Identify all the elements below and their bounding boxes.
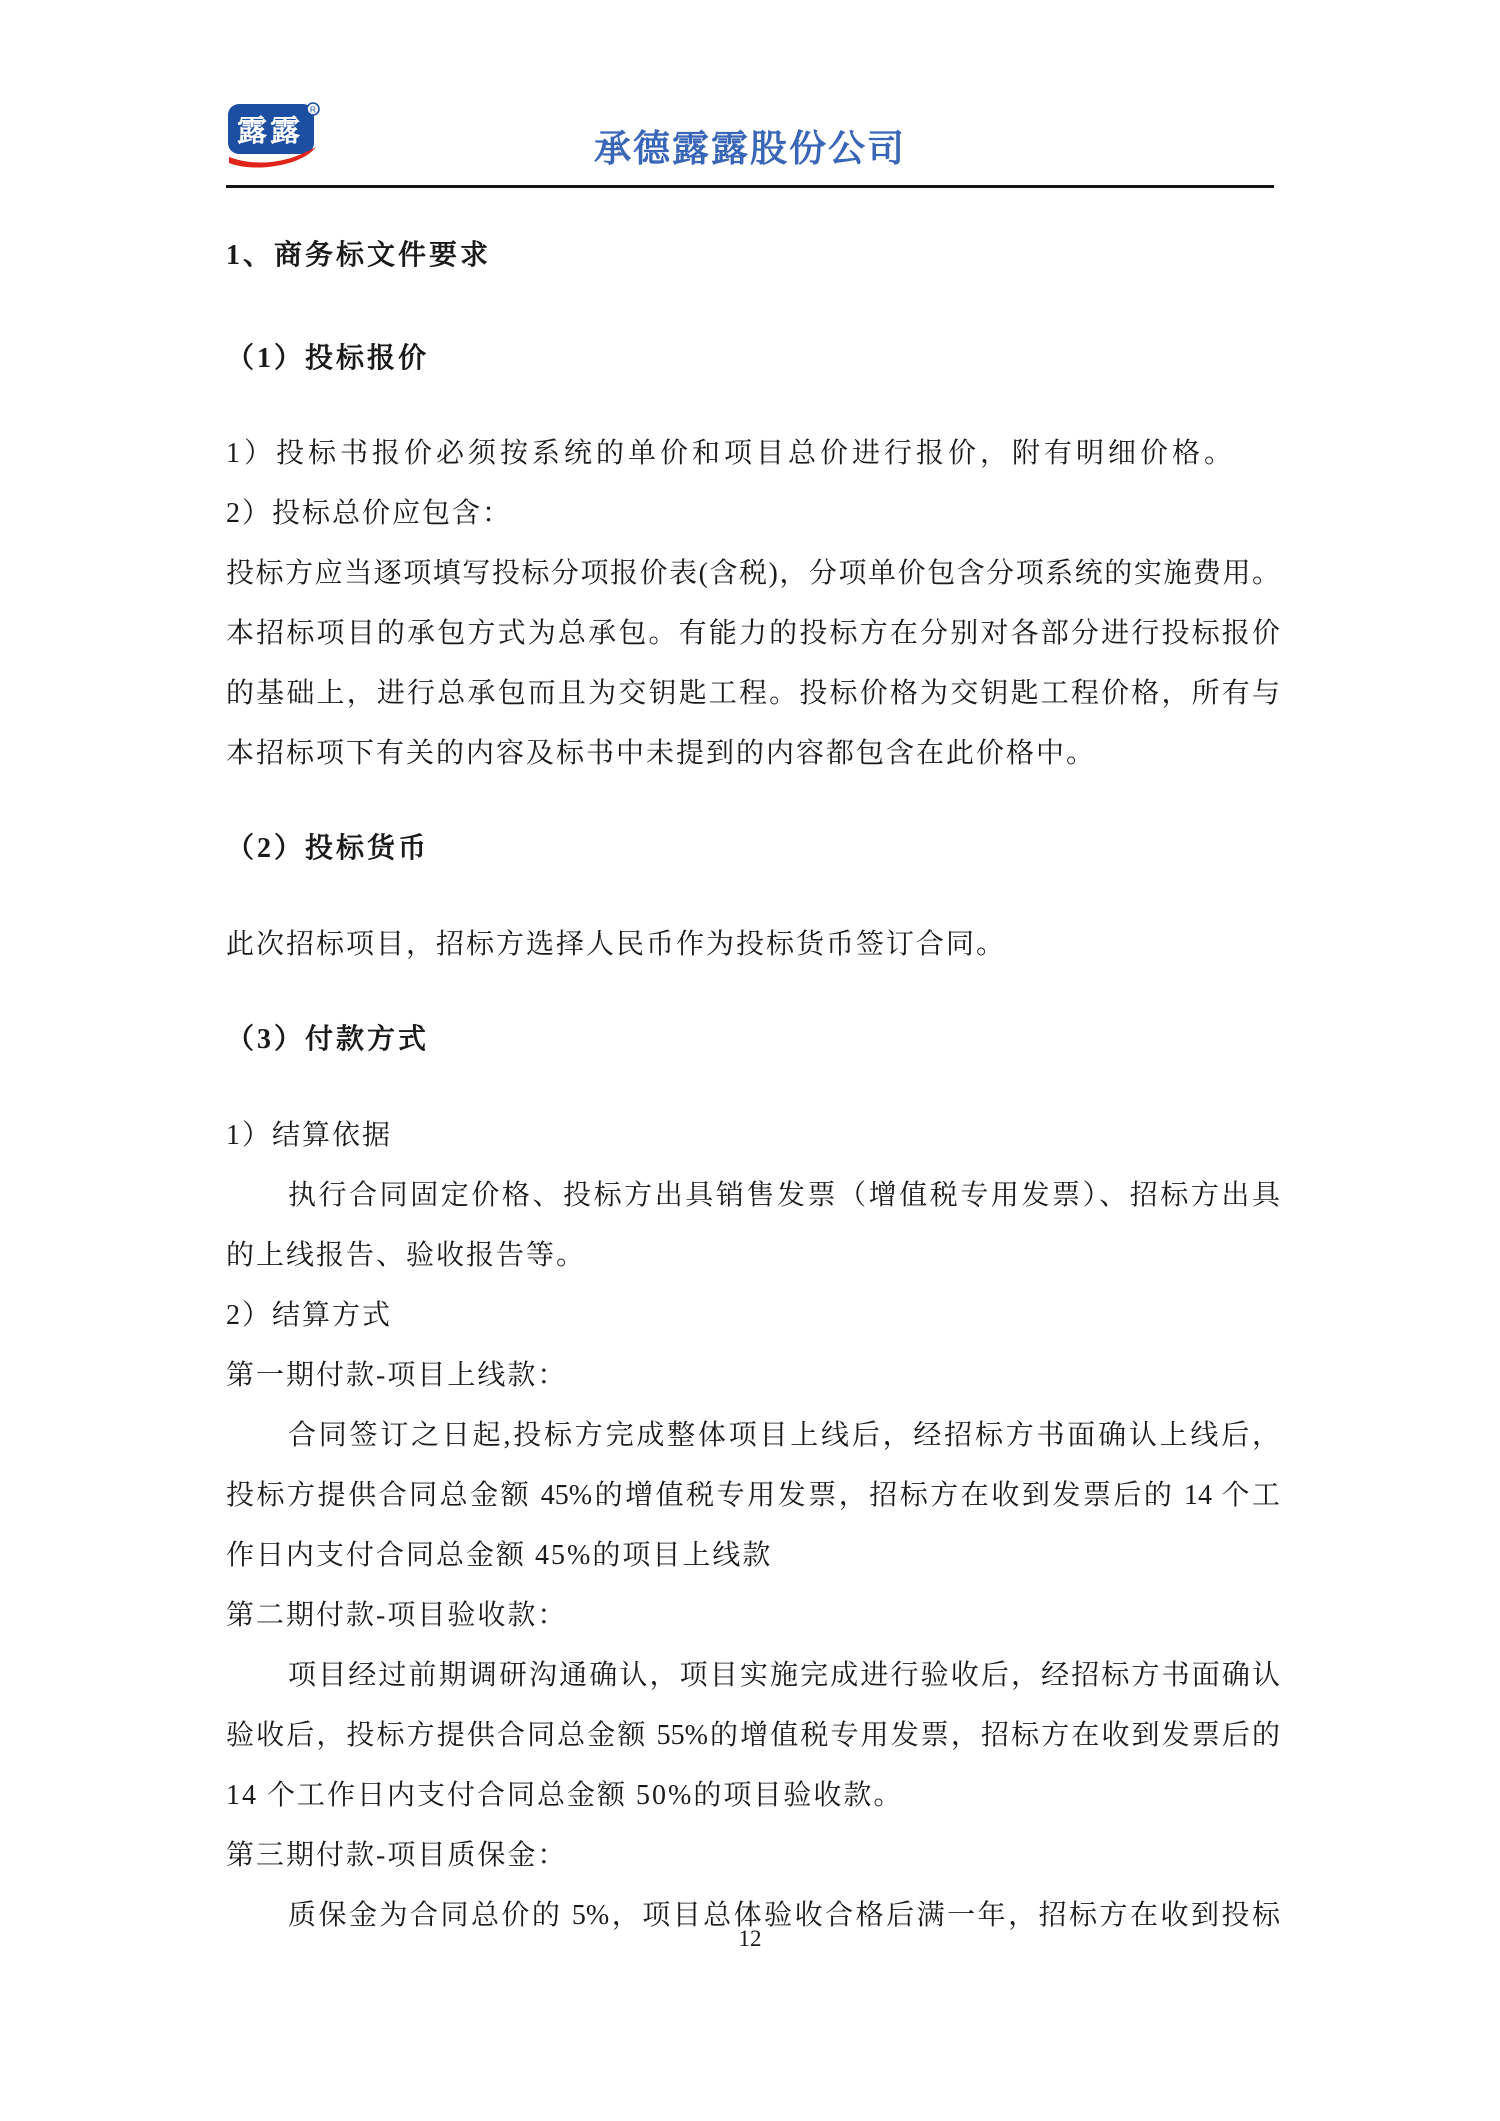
- subheading-payment-method: （3）付款方式: [226, 1010, 1280, 1070]
- doc-line: 执行合同固定价格、投标方出具销售发票（增值税专用发票）、招标方出具: [226, 1166, 1280, 1226]
- doc-line: 投标方提供合同总金额 45%的增值税专用发票，招标方在收到发票后的 14 个工: [226, 1466, 1280, 1526]
- document-page: 露露 R 承德露露股份公司 1、商务标文件要求 （1）投标报价 1）投标书报价必…: [0, 0, 1500, 2121]
- document-body: 1、商务标文件要求 （1）投标报价 1）投标书报价必须按系统的单价和项目总价进行…: [226, 226, 1280, 1946]
- doc-line: 的基础上，进行总承包而且为交钥匙工程。投标价格为交钥匙工程价格，所有与: [226, 664, 1280, 724]
- doc-line: 14 个工作日内支付合同总金额 50%的项目验收款。: [226, 1766, 1280, 1826]
- doc-line: 合同签订之日起,投标方完成整体项目上线后，经招标方书面确认上线后，: [226, 1406, 1280, 1466]
- doc-line: 的上线报告、验收报告等。: [226, 1226, 1280, 1286]
- doc-line: 作日内支付合同总金额 45%的项目上线款: [226, 1526, 1280, 1586]
- doc-line: 2）结算方式: [226, 1286, 1280, 1346]
- header-divider: [226, 185, 1274, 188]
- doc-line-payment-phase-2: 第二期付款-项目验收款：: [226, 1586, 1280, 1646]
- doc-line: 2）投标总价应包含：: [226, 484, 1280, 544]
- doc-line-payment-phase-1: 第一期付款-项目上线款：: [226, 1346, 1280, 1406]
- doc-line-payment-phase-3: 第三期付款-项目质保金：: [226, 1826, 1280, 1886]
- doc-line: 本招标项目的承包方式为总承包。有能力的投标方在分别对各部分进行投标报价: [226, 604, 1280, 664]
- doc-line: 本招标项下有关的内容及标书中未提到的内容都包含在此价格中。: [226, 724, 1280, 784]
- company-name-title: 承德露露股份公司: [0, 128, 1500, 172]
- registered-trademark-icon: R: [310, 105, 316, 115]
- doc-line: 投标方应当逐项填写投标分项报价表(含税)，分项单价包含分项系统的实施费用。: [226, 544, 1280, 604]
- subheading-bid-quotation: （1）投标报价: [226, 329, 1280, 389]
- page-number: 12: [0, 1922, 1500, 1956]
- doc-line: 1）投标书报价必须按系统的单价和项目总价进行报价，附有明细价格。: [226, 424, 1280, 484]
- subheading-bid-currency: （2）投标货币: [226, 819, 1280, 879]
- section-heading-business-bid: 1、商务标文件要求: [226, 226, 1280, 286]
- doc-line: 项目经过前期调研沟通确认，项目实施完成进行验收后，经招标方书面确认: [226, 1646, 1280, 1706]
- doc-line: 1）结算依据: [226, 1106, 1280, 1166]
- doc-line: 验收后，投标方提供合同总金额 55%的增值税专用发票，招标方在收到发票后的: [226, 1706, 1280, 1766]
- doc-line: 此次招标项目，招标方选择人民币作为投标货币签订合同。: [226, 915, 1280, 975]
